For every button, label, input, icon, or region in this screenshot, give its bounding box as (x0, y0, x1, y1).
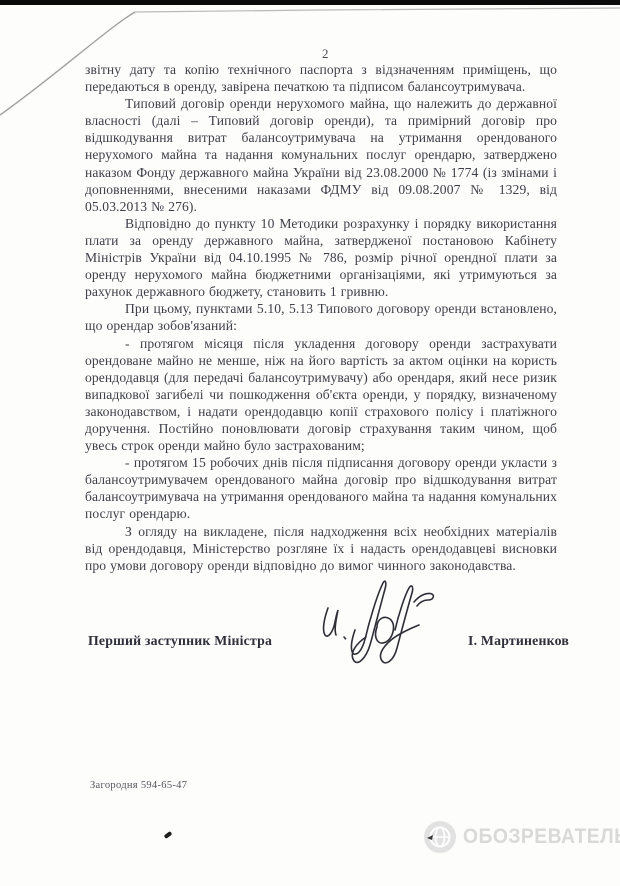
page-number: 2 (322, 46, 329, 62)
paragraph: - протягом місяця після укладення догово… (85, 335, 557, 455)
handwritten-signature (318, 574, 442, 678)
paragraph: звітну дату та копію технічного паспорта… (85, 61, 557, 95)
globe-icon (424, 821, 456, 853)
watermark-text: ОБОЗРЕВАТЕЛЬ (463, 825, 620, 849)
executor-contact-line: Загородня 594-65-47 (90, 780, 187, 791)
paragraph: З огляду на викладене, після надходження… (85, 523, 557, 574)
signer-position-title: Перший заступник Міністра (88, 633, 272, 649)
ink-speck (164, 831, 173, 839)
paragraph: При цьому, пунктами 5.10, 5.13 Типового … (85, 300, 557, 334)
scan-edge-bar (0, 0, 620, 5)
paragraph: - протягом 15 робочих днів після підписа… (85, 454, 557, 522)
letter-body: звітну дату та копію технічного паспорта… (85, 61, 557, 574)
obozrevatel-watermark: ОБОЗРЕВАТЕЛЬ (424, 821, 620, 853)
paragraph: Типовий договір оренди нерухомого майна,… (85, 95, 557, 215)
scanned-document-page: { "document": { "page_number": "2", "par… (0, 0, 620, 886)
paragraph: Відповідно до пункту 10 Методики розраху… (85, 215, 557, 300)
signer-name: І. Мартиненков (468, 633, 569, 649)
